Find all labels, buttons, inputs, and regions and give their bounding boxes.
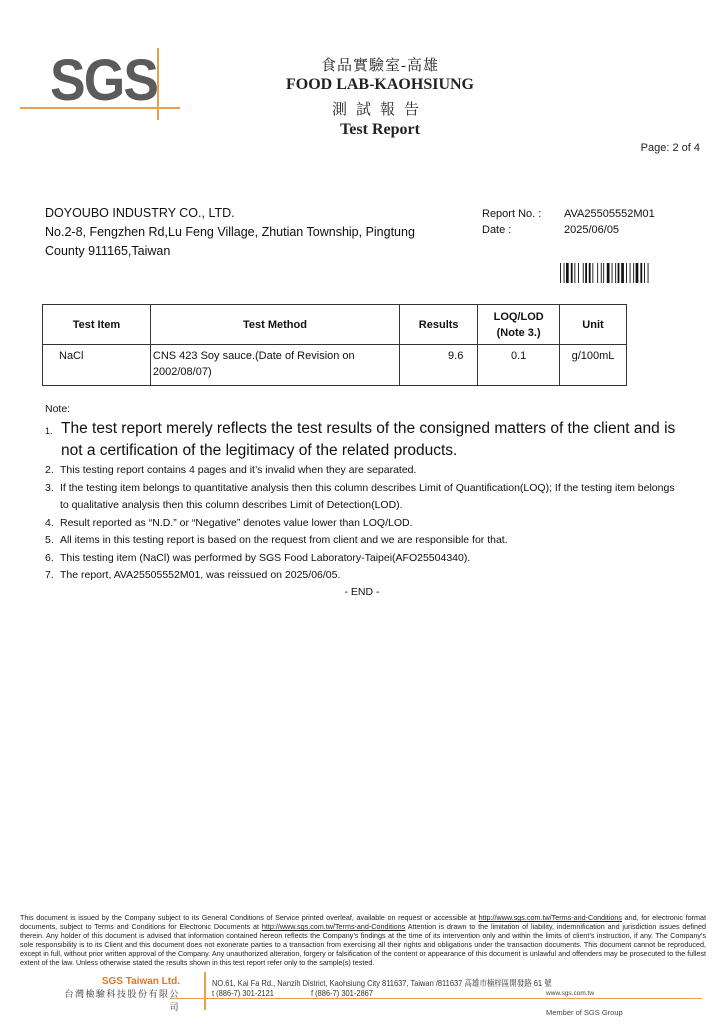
header-test-method: Test Method [150, 305, 399, 345]
footer-member: Member of SGS Group [546, 1008, 623, 1017]
company-name-cn: 台灣檢驗科技股份有限公司 [60, 987, 180, 1013]
note-1-line1: The test report merely reflects the test… [61, 420, 675, 437]
date-label: Date : [482, 222, 564, 238]
note-number: 5. [45, 532, 60, 550]
header-loq-line2: (Note 3.) [479, 325, 558, 341]
lab-name-cn: 食品實驗室-高雄 [250, 54, 510, 75]
notes-list: 2.This testing report contains 4 pages a… [45, 462, 685, 585]
note-number: 4. [45, 515, 60, 533]
note-text: This testing report contains 4 pages and… [60, 462, 416, 480]
table-header-row: Test Item Test Method Results LOQ/LOD (N… [43, 305, 627, 345]
sgs-logo: SGS [0, 40, 200, 130]
terms-link-1[interactable]: http://www.sgs.com.tw/Terms-and-Conditio… [479, 913, 622, 922]
date-value: 2025/06/05 [564, 222, 619, 238]
legal-text-1: This document is issued by the Company s… [20, 913, 479, 922]
footer-fax: f (886-7) 301-2867 [311, 988, 373, 998]
note-number: 6. [45, 550, 60, 568]
results-table: Test Item Test Method Results LOQ/LOD (N… [42, 304, 627, 386]
lab-name-en: FOOD LAB-KAOHSIUNG [250, 76, 510, 94]
sgs-logo-text: SGS [50, 52, 157, 110]
client-address-line2: County 911165,Taiwan [45, 242, 465, 261]
note-text: This testing item (NaCl) was performed b… [60, 550, 470, 568]
header-test-item: Test Item [43, 305, 151, 345]
note-text: If the testing item belongs to quantitat… [60, 480, 685, 515]
client-block: DOYOUBO INDUSTRY CO., LTD. No.2-8, Fengz… [45, 204, 465, 261]
footer-telephone: t (886-7) 301-2121 [212, 988, 274, 998]
header-results: Results [400, 305, 478, 345]
header-loq-line1: LOQ/LOD [479, 309, 558, 325]
report-no-value: AVA25505552M01 [564, 206, 655, 222]
cell-unit: g/100mL [559, 345, 626, 386]
report-meta: Report No. : AVA25505552M01 Date : 2025/… [482, 206, 655, 238]
cell-results: 9.6 [400, 345, 478, 386]
note-number: 7. [45, 567, 60, 585]
note-item: 6.This testing item (NaCl) was performed… [45, 550, 685, 568]
footer-vertical-rule [204, 972, 206, 1010]
table-row: NaCl CNS 423 Soy sauce.(Date of Revision… [43, 345, 627, 386]
cell-loq-lod: 0.1 [478, 345, 560, 386]
logo-vertical-rule [157, 48, 159, 120]
note-1: 1.The test report merely reflects the te… [45, 418, 685, 462]
end-marker: - END - [0, 586, 724, 598]
footer-horizontal-rule [170, 998, 702, 999]
note-text: The report, AVA25505552M01, was reissued… [60, 567, 340, 585]
notes-title: Note: [45, 403, 70, 415]
cell-test-method: CNS 423 Soy sauce.(Date of Revision on 2… [150, 345, 399, 386]
note-number: 3. [45, 480, 60, 515]
note-item: 4.Result reported as “N.D.” or “Negative… [45, 515, 685, 533]
note-item: 3.If the testing item belongs to quantit… [45, 480, 685, 515]
note-item: 7.The report, AVA25505552M01, was reissu… [45, 567, 685, 585]
footer-website[interactable]: www.sgs.com.tw [546, 990, 594, 997]
cell-method-line1: CNS 423 Soy sauce.(Date of Revision on [153, 348, 398, 364]
barcode [560, 263, 681, 283]
client-address-line1: No.2-8, Fengzhen Rd,Lu Feng Village, Zhu… [45, 223, 465, 242]
note-text: All items in this testing report is base… [60, 532, 508, 550]
logo-horizontal-rule [20, 107, 180, 109]
report-no-row: Report No. : AVA25505552M01 [482, 206, 655, 222]
note-number: 2. [45, 462, 60, 480]
client-name: DOYOUBO INDUSTRY CO., LTD. [45, 204, 465, 223]
date-row: Date : 2025/06/05 [482, 222, 655, 238]
terms-link-2[interactable]: http://www.sgs.com.tw/Terms-and-Conditio… [262, 922, 405, 931]
page-indicator: Page: 2 of 4 [641, 142, 700, 154]
header-unit: Unit [559, 305, 626, 345]
note-1-number: 1. [45, 420, 61, 442]
cell-method-line2: 2002/08/07) [153, 364, 398, 380]
report-title-en: Test Report [250, 121, 510, 139]
report-no-label: Report No. : [482, 206, 564, 222]
cell-test-item: NaCl [43, 345, 151, 386]
report-title-cn: 測試報告 [250, 98, 510, 119]
note-text: Result reported as “N.D.” or “Negative” … [60, 515, 413, 533]
note-item: 5.All items in this testing report is ba… [45, 532, 685, 550]
legal-disclaimer: This document is issued by the Company s… [20, 913, 706, 967]
header-loq-lod: LOQ/LOD (Note 3.) [478, 305, 560, 345]
note-1-line2: not a certification of the legitimacy of… [45, 440, 685, 462]
note-item: 2.This testing report contains 4 pages a… [45, 462, 685, 480]
company-name-en: SGS Taiwan Ltd. [60, 976, 180, 987]
footer-company: SGS Taiwan Ltd. 台灣檢驗科技股份有限公司 [60, 976, 180, 1013]
